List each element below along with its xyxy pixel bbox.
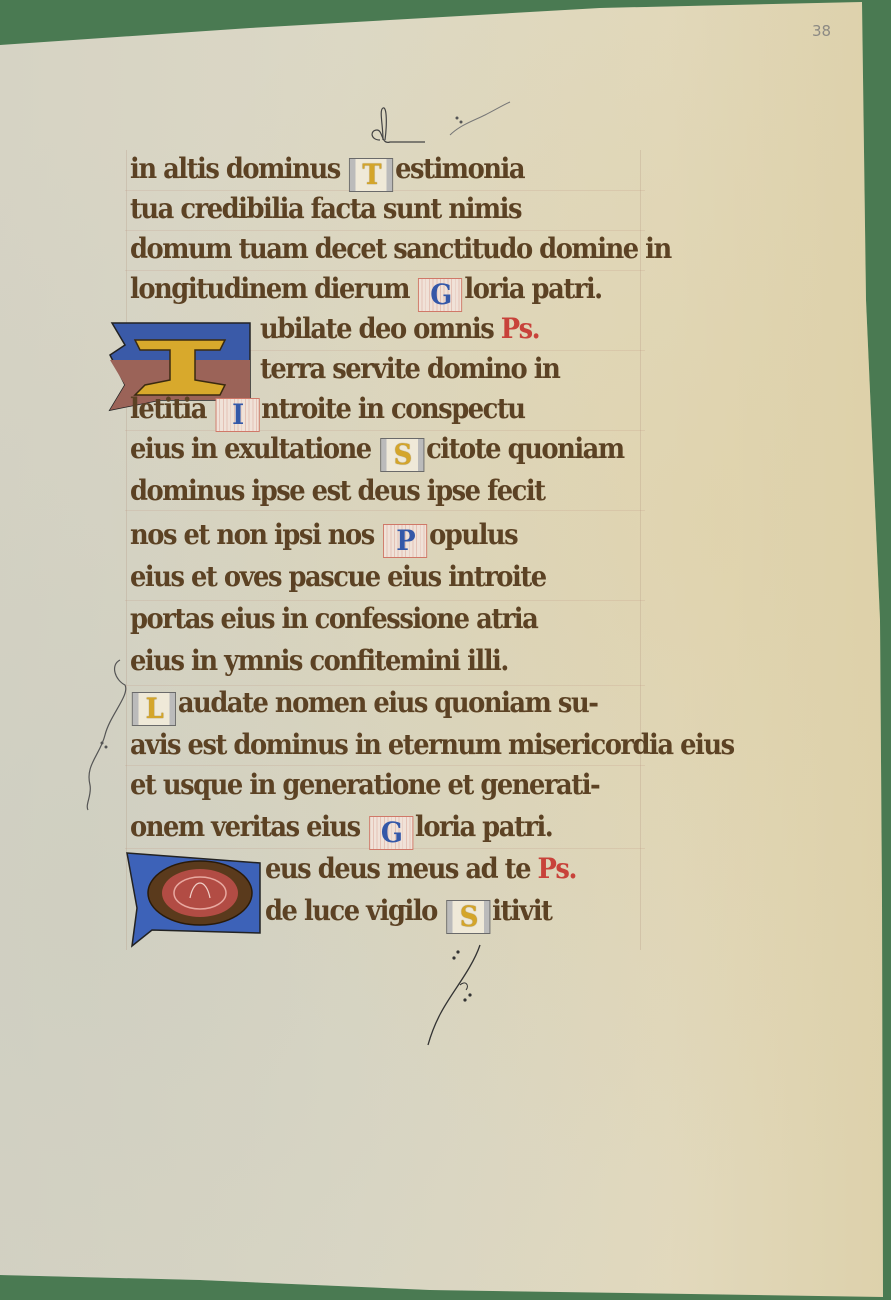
line-text: et usque in generatione et generati-: [130, 768, 599, 801]
text-line: nos et non ipsi nos Populus: [130, 518, 517, 558]
line-text: loria patri.: [464, 272, 601, 305]
text-line: domum tuam decet sanctitudo domine in: [130, 232, 671, 272]
line-text: ntroite in conspectu: [261, 392, 524, 425]
line-text: domum tuam decet sanctitudo domine in: [130, 232, 671, 265]
line-text: audate nomen eius quoniam su-: [178, 686, 598, 719]
ruling-line: [125, 600, 645, 601]
line-text: tua credibilia facta sunt nimis: [130, 192, 521, 225]
line-text: nos et non ipsi nos: [130, 518, 374, 551]
text-line: terra servite domino in: [260, 352, 559, 392]
folio-number: 38: [812, 22, 831, 40]
line-text: longitudinem dierum: [130, 272, 409, 305]
text-line: Laudate nomen eius quoniam su-: [130, 686, 597, 726]
text-line: letitia Introite in conspectu: [130, 392, 525, 432]
text-line: dominus ipse est deus ipse fecit: [130, 474, 545, 514]
minor-initial: P: [383, 524, 427, 558]
line-text: onem veritas eius: [130, 810, 360, 843]
text-line: avis est dominus in eternum misericordia…: [130, 728, 734, 768]
text-line: onem veritas eius Gloria patri.: [130, 810, 552, 850]
line-text: citote quoniam: [426, 432, 624, 465]
minor-initial: I: [215, 398, 259, 432]
line-text: opulus: [429, 518, 517, 551]
rubric-psalm: Ps.: [538, 852, 576, 885]
line-text: ubilate deo omnis: [260, 312, 493, 345]
text-line: et usque in generatione et generati-: [130, 768, 599, 808]
text-line: longitudinem dierum Gloria patri.: [130, 272, 602, 312]
manuscript-page: 38: [0, 0, 891, 1300]
line-text: loria patri.: [415, 810, 552, 843]
rubric-psalm: Ps.: [501, 312, 539, 345]
minor-initial: S: [446, 900, 490, 934]
text-line: portas eius in confessione atria: [130, 602, 537, 642]
minor-initial: S: [380, 438, 424, 472]
pen-flourish-bottom: [420, 940, 490, 1050]
text-line: de luce vigilo Sitivit: [265, 894, 551, 934]
minor-initial: L: [132, 692, 176, 726]
pen-flourish-top: [365, 100, 515, 150]
text-line: tua credibilia facta sunt nimis: [130, 192, 521, 232]
line-text: avis est dominus in eternum misericordia…: [130, 728, 734, 761]
line-text: estimonia: [395, 152, 524, 185]
large-initial-d: [122, 848, 262, 948]
text-line: in altis dominus Testimonia: [130, 152, 524, 192]
line-text: terra servite domino in: [260, 352, 559, 385]
text-line: eus deus meus ad te Ps.: [265, 852, 576, 892]
line-text: eius et oves pascue eius introite: [130, 560, 546, 593]
minor-initial: T: [349, 158, 393, 192]
line-text: itivit: [492, 894, 551, 927]
line-text: portas eius in confessione atria: [130, 602, 537, 635]
line-text: eius in ymnis confitemini illi.: [130, 644, 508, 677]
text-line: ubilate deo omnis Ps.: [260, 312, 539, 352]
line-text: in altis dominus: [130, 152, 340, 185]
line-text: eius in exultatione: [130, 432, 371, 465]
text-line: eius in ymnis confitemini illi.: [130, 644, 508, 684]
minor-initial: G: [369, 816, 413, 850]
minor-initial: G: [418, 278, 462, 312]
text-line: eius et oves pascue eius introite: [130, 560, 546, 600]
line-text: eus deus meus ad te: [265, 852, 530, 885]
text-line: eius in exultatione Scitote quoniam: [130, 432, 624, 472]
line-text: de luce vigilo: [265, 894, 437, 927]
line-text: letitia: [130, 392, 206, 425]
line-text: dominus ipse est deus ipse fecit: [130, 474, 545, 507]
